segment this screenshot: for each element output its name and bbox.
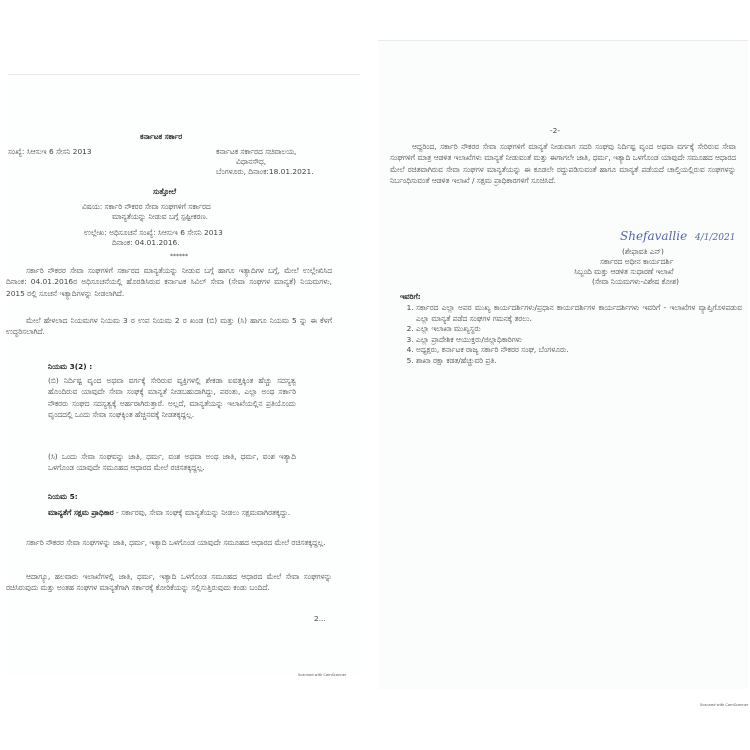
cc-list-item: ಅಧ್ಯಕ್ಷರು, ಕರ್ನಾಟಕ ರಾಜ್ಯ ಸರ್ಕಾರಿ ನೌಕರರ ಸ…: [416, 345, 742, 356]
cc-list-item: ಶಾಖಾ ರಕ್ಷಾ ಕಡತ/ಹೆಚ್ಚುವರಿ ಪ್ರತಿ.: [416, 356, 742, 367]
cc-list-item: ಎಲ್ಲಾ ಇಲಾಖಾ ಮುಖ್ಯಸ್ಥರು: [416, 324, 742, 335]
rule-3-clause-b: (ಬಿ) ನಿರ್ದಿಷ್ಟ ವೃಂದ ಅಥವಾ ವರ್ಗಕ್ಕೆ ಸೇರಿರು…: [48, 375, 296, 421]
paragraph-rules-quoted: ಮೇಲೆ ಹೇಳಲಾದ ನಿಯಮಗಳ ನಿಯಮ 3 ರ ಉಪ ನಿಯಮ 2 ರ …: [6, 315, 332, 338]
circular-page-1: ಕರ್ನಾಟಕ ಸರ್ಕಾರ ಸಂಖ್ಯೆ: ಸಿಆಸುಇ 6 ಸೇಸನಿ 20…: [8, 74, 360, 675]
scanner-footer: Scanned with CamScanner: [700, 703, 748, 707]
paragraph-directive: ಆದ್ದರಿಂದ, ಸರ್ಕಾರಿ ನೌಕರರ ಸೇವಾ ಸಂಘಗಳಿಗೆ ಮಾ…: [390, 141, 736, 187]
subject-line2: ಮಾನ್ಯತೆಯನ್ನು ನೀಡುವ ಬಗ್ಗೆ ಸ್ಪಷ್ಟೀಕರಣ.: [112, 211, 208, 222]
scanner-footer: Scanned with CamScanner: [298, 673, 346, 677]
cc-list-item: ಸರ್ಕಾರದ ಎಲ್ಲಾ ಅಪರ ಮುಖ್ಯ ಕಾರ್ಯದರ್ಶಿಗಳು/ಪ್…: [416, 303, 742, 324]
office-date: ಬೆಂಗಳೂರು, ದಿನಾಂಕ:18.01.2021.: [216, 166, 314, 177]
rule-3-heading: ನಿಯಮ 3(2) :: [48, 361, 92, 372]
paragraph-caste-restriction: ಸರ್ಕಾರಿ ನೌಕರರ ಸೇವಾ ಸಂಘಗಳನ್ನು ಜಾತಿ, ಧರ್ಮ,…: [6, 537, 332, 548]
signature: Shefavallie 4/1/2021: [620, 229, 735, 243]
reference-line2: ದಿನಾಂಕ: 04.01.2016.: [112, 237, 180, 248]
rule-5-label: ಮಾನ್ಯತೆಗೆ ಸಕ್ಷಮ ಪ್ರಾಧಿಕಾರ: [48, 508, 114, 517]
cc-list-item: ಎಲ್ಲಾ ಪ್ರಾದೇಶಿಕ ಆಯುಕ್ತರು/ಜಿಲ್ಲಾಧಿಕಾರಿಗಳು: [416, 335, 742, 346]
cc-list: ಸರ್ಕಾರದ ಎಲ್ಲಾ ಅಪರ ಮುಖ್ಯ ಕಾರ್ಯದರ್ಶಿಗಳು/ಪ್…: [398, 303, 742, 367]
page-number: -2-: [550, 125, 560, 136]
paragraph-intro: ಸರ್ಕಾರಿ ನೌಕರರ ಸೇವಾ ಸಂಘಗಳಿಗೆ ಸರ್ಕಾರದ ಮಾನ್…: [6, 265, 332, 299]
page-continuation: 2...: [314, 613, 326, 624]
circular-title: ಸುತ್ತೋಲೆ: [153, 186, 176, 197]
rule-3-clause-c: (ಸಿ) ಒಂದು ಸೇವಾ ಸಂಘವನ್ನು ಜಾತಿ, ಧರ್ಮ, ವಂಶ …: [48, 451, 296, 474]
signatory-section: (ಸೇವಾ ನಿಯಮಗಳು-ವಿಶೇಷ ಕೋಶ): [592, 276, 679, 287]
rule-5-heading: ನಿಯಮ 5:: [48, 491, 78, 502]
cc-heading: ಇವರಿಗೆ:: [400, 291, 421, 302]
paragraph-observation: ಆದಾಗ್ಯೂ, ಹಲವಾರು ಇಲಾಖೆಗಳಲ್ಲಿ ಜಾತಿ, ಧರ್ಮ, …: [6, 571, 332, 594]
rule-5-body: - ಸರ್ಕಾರವು, ಸೇವಾ ಸಂಘಕ್ಕೆ ಮಾನ್ಯತೆಯನ್ನು ನೀ…: [116, 508, 290, 517]
signature-date: 4/1/2021: [695, 233, 735, 243]
rule-5-text: ಮಾನ್ಯತೆಗೆ ಸಕ್ಷಮ ಪ್ರಾಧಿಕಾರ - ಸರ್ಕಾರವು, ಸೇ…: [48, 507, 296, 518]
file-number: ಸಂಖ್ಯೆ: ಸಿಆಸುಇ 6 ಸೇಸನಿ 2013: [8, 146, 92, 157]
separator: ******: [170, 251, 188, 262]
signature-text: Shefavallie: [620, 229, 687, 243]
government-header: ಕರ್ನಾಟಕ ಸರ್ಕಾರ: [140, 131, 182, 142]
circular-page-2: -2- ಆದ್ದರಿಂದ, ಸರ್ಕಾರಿ ನೌಕರರ ಸೇವಾ ಸಂಘಗಳಿಗ…: [378, 40, 748, 689]
